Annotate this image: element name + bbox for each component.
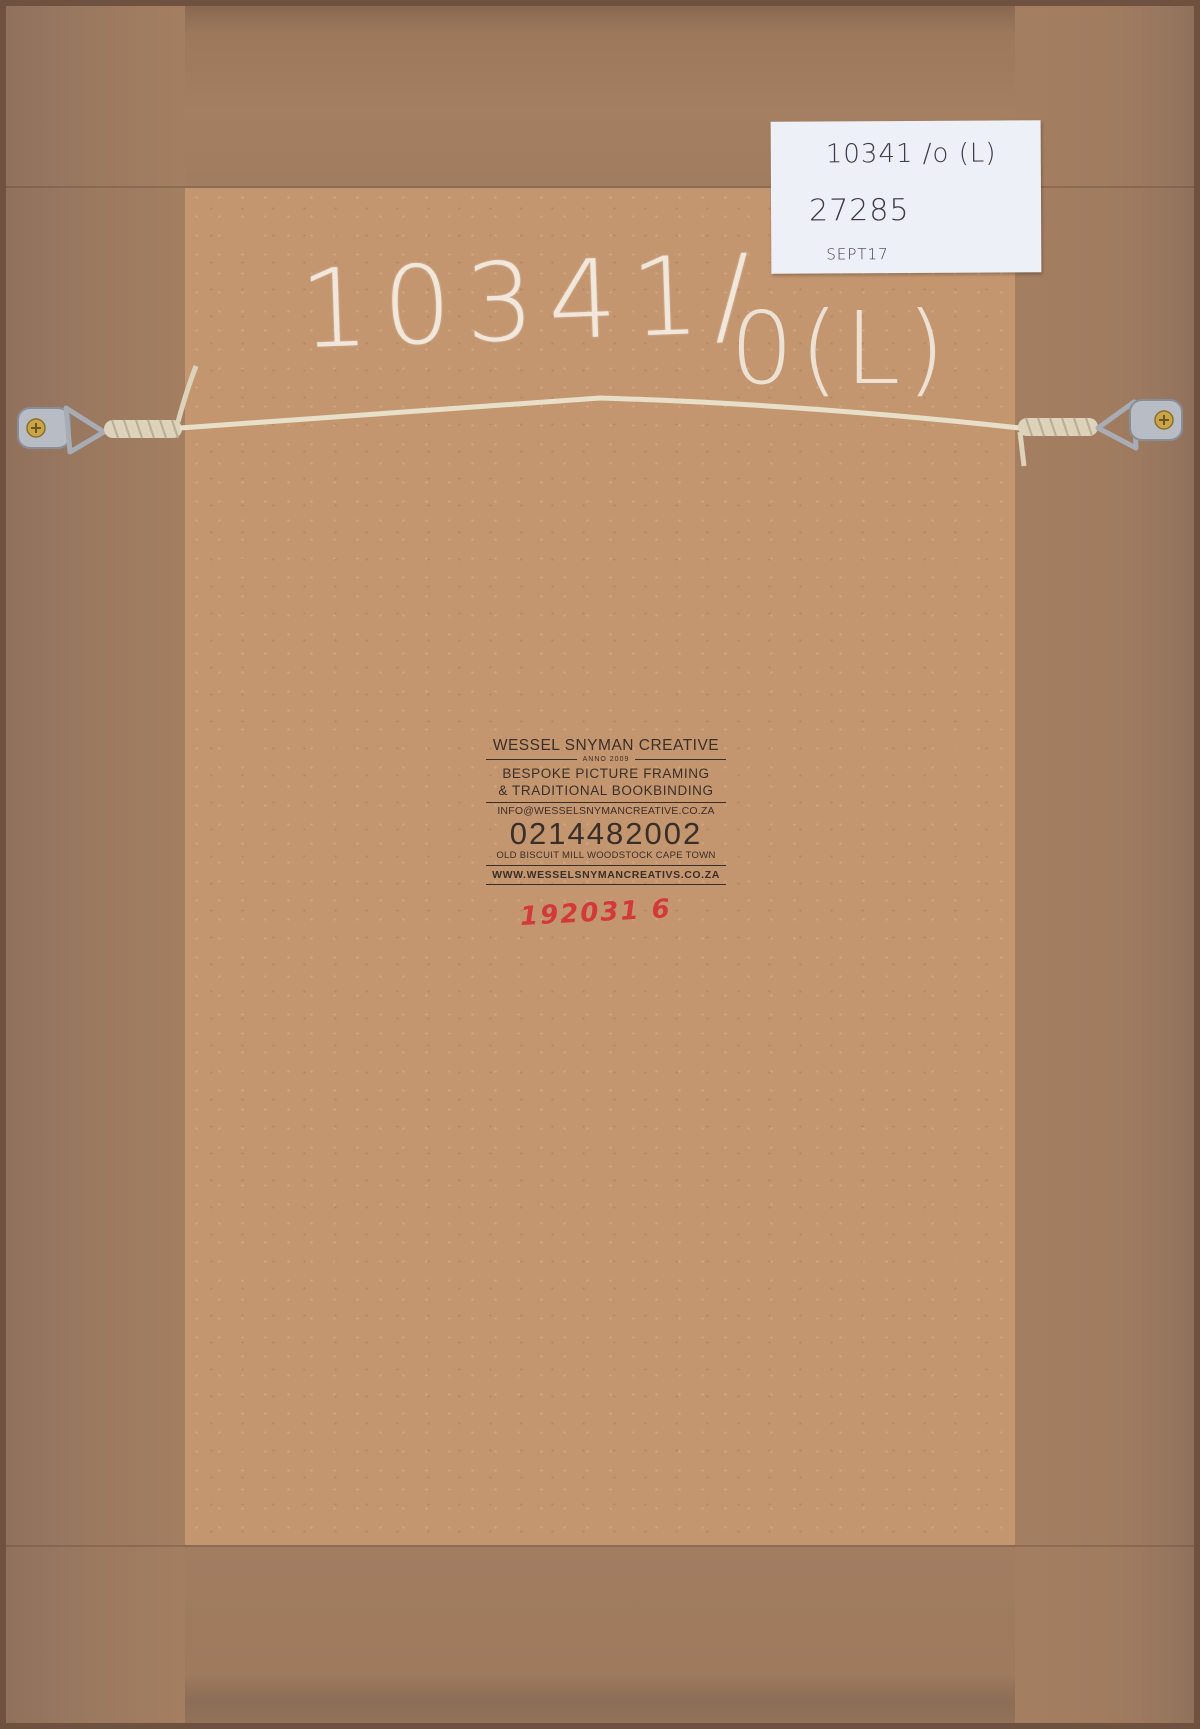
left-d-ring-hanger-icon [18, 408, 104, 452]
right-d-ring-hanger-icon [1098, 400, 1182, 448]
stamp-address: OLD BISCUIT MILL WOODSTOCK CAPE TOWN [486, 850, 726, 866]
right-wire-knot [1018, 418, 1098, 466]
stamp-title: WESSEL SNYMAN CREATIVE [486, 737, 726, 755]
stamp-phone: 0214482002 [486, 818, 726, 850]
stamp-line-2: & TRADITIONAL BOOKBINDING [486, 782, 726, 799]
stamp-website: WWW.WESSELSNYMANCREATIVS.CO.ZA [486, 866, 726, 885]
tape-seam [0, 1545, 1200, 1547]
frame-back: 10341/ 0(L) 10341 /o (L) 27285 SEPT17 [0, 0, 1200, 1729]
stamp-line-1: BESPOKE PICTURE FRAMING [486, 765, 726, 782]
hanging-wire [0, 0, 1200, 500]
framer-stamp: WESSEL SNYMAN CREATIVE ANNO 2009 BESPOKE… [486, 737, 726, 885]
stamp-anno: ANNO 2009 [486, 756, 726, 763]
